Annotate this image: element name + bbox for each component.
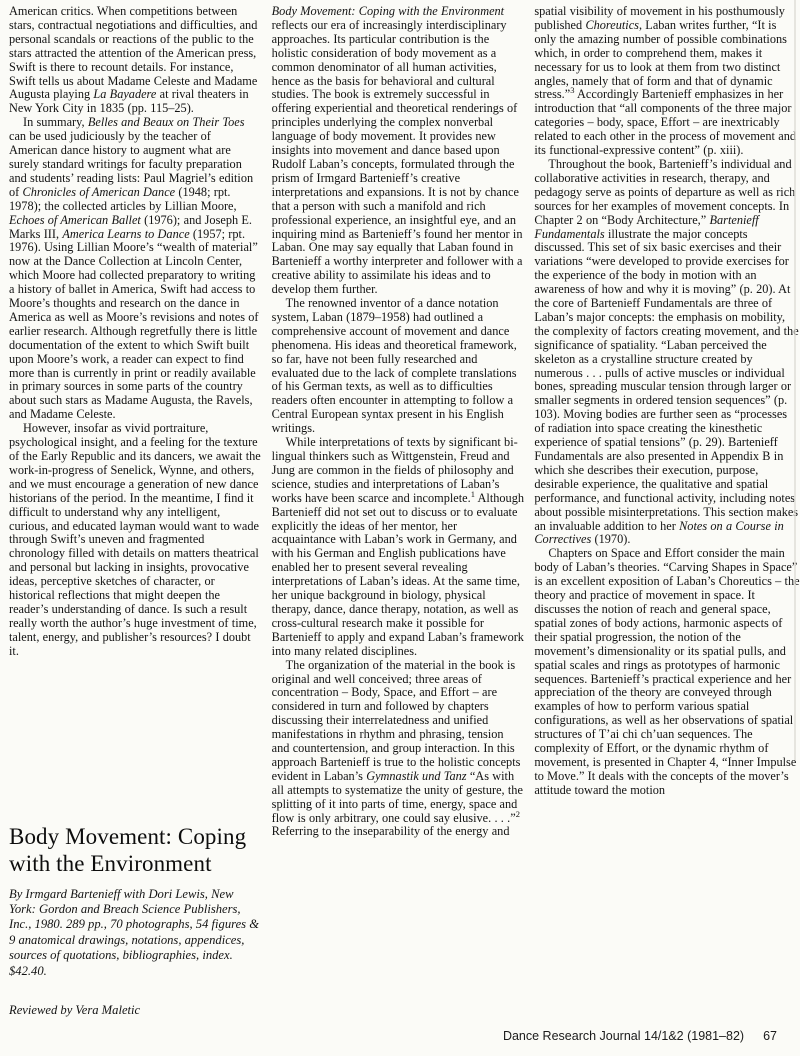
text-run: However, insofar as vivid portraiture, p… bbox=[9, 421, 261, 658]
text-run: Although Bartenieff did not set out to d… bbox=[272, 491, 524, 658]
paragraph: However, insofar as vivid portraiture, p… bbox=[9, 422, 262, 658]
paragraph: Chapters on Space and Effort consider th… bbox=[534, 547, 800, 797]
text-run: Referring to the inseparability of the e… bbox=[272, 824, 510, 838]
page-footer: Dance Research Journal 14/1&2 (1981–82)6… bbox=[503, 1029, 777, 1043]
journal-page: American critics. When competitions betw… bbox=[0, 0, 800, 1056]
column-right: spatial visibility of movement in his po… bbox=[534, 5, 800, 1046]
right-column-text: spatial visibility of movement in his po… bbox=[534, 5, 800, 798]
footnote-reference: 2 bbox=[516, 808, 520, 818]
text-run: Choreutics bbox=[585, 18, 639, 32]
journal-title-line: Dance Research Journal 14/1&2 (1981–82) bbox=[503, 1029, 744, 1043]
scan-edge-artifact bbox=[794, 0, 796, 760]
text-run: Echoes of American Ballet bbox=[9, 213, 141, 227]
page-number: 67 bbox=[763, 1029, 777, 1043]
paragraph: Throughout the book, Bartenieff’s indivi… bbox=[534, 158, 800, 547]
text-run: illustrate the major concepts discussed.… bbox=[534, 227, 798, 533]
text-run: Chronicles of American Dance bbox=[23, 185, 176, 199]
paragraph: The renowned inventor of a dance notatio… bbox=[272, 297, 525, 436]
column-middle: Body Movement: Coping with the Environme… bbox=[272, 5, 525, 1046]
text-run: La Bayadere bbox=[93, 87, 156, 101]
text-run: Body Movement: Coping with the Environme… bbox=[272, 4, 504, 18]
text-run: Gymnastik und Tanz bbox=[366, 769, 466, 783]
reviewer-byline: Reviewed by Vera Maletic bbox=[9, 1003, 262, 1018]
text-run: Accordingly Bartenieff emphasizes in her… bbox=[534, 87, 796, 157]
text-run: (1970). bbox=[591, 532, 630, 546]
text-run: In summary, bbox=[23, 115, 88, 129]
text-run: (1957; rpt. 1976). Using Lillian Moore’s… bbox=[9, 227, 259, 422]
column-left: American critics. When competitions betw… bbox=[9, 5, 262, 1046]
text-run: The organization of the material in the … bbox=[272, 658, 521, 783]
left-column-text: American critics. When competitions betw… bbox=[9, 5, 262, 659]
article-title: Body Movement: Coping with the Environme… bbox=[9, 823, 262, 878]
text-run: reflects our era of increasingly interdi… bbox=[272, 18, 523, 296]
paragraph: The organization of the material in the … bbox=[272, 659, 525, 840]
paragraph: While interpretations of texts by signif… bbox=[272, 436, 525, 659]
text-run: America Learns to Dance bbox=[62, 227, 189, 241]
paragraph: Body Movement: Coping with the Environme… bbox=[272, 5, 525, 297]
text-run: Chapters on Space and Effort consider th… bbox=[534, 546, 799, 796]
text-run: Belles and Beaux on Their Toes bbox=[88, 115, 245, 129]
paragraph: spatial visibility of movement in his po… bbox=[534, 5, 800, 158]
text-run: The renowned inventor of a dance notatio… bbox=[272, 296, 517, 435]
book-citation: By Irmgard Bartenieff with Dori Lewis, N… bbox=[9, 887, 262, 979]
text-columns: American critics. When competitions betw… bbox=[0, 0, 800, 1046]
paragraph: American critics. When competitions betw… bbox=[9, 5, 262, 116]
middle-column-text: Body Movement: Coping with the Environme… bbox=[272, 5, 525, 839]
paragraph: In summary, Belles and Beaux on Their To… bbox=[9, 116, 262, 422]
